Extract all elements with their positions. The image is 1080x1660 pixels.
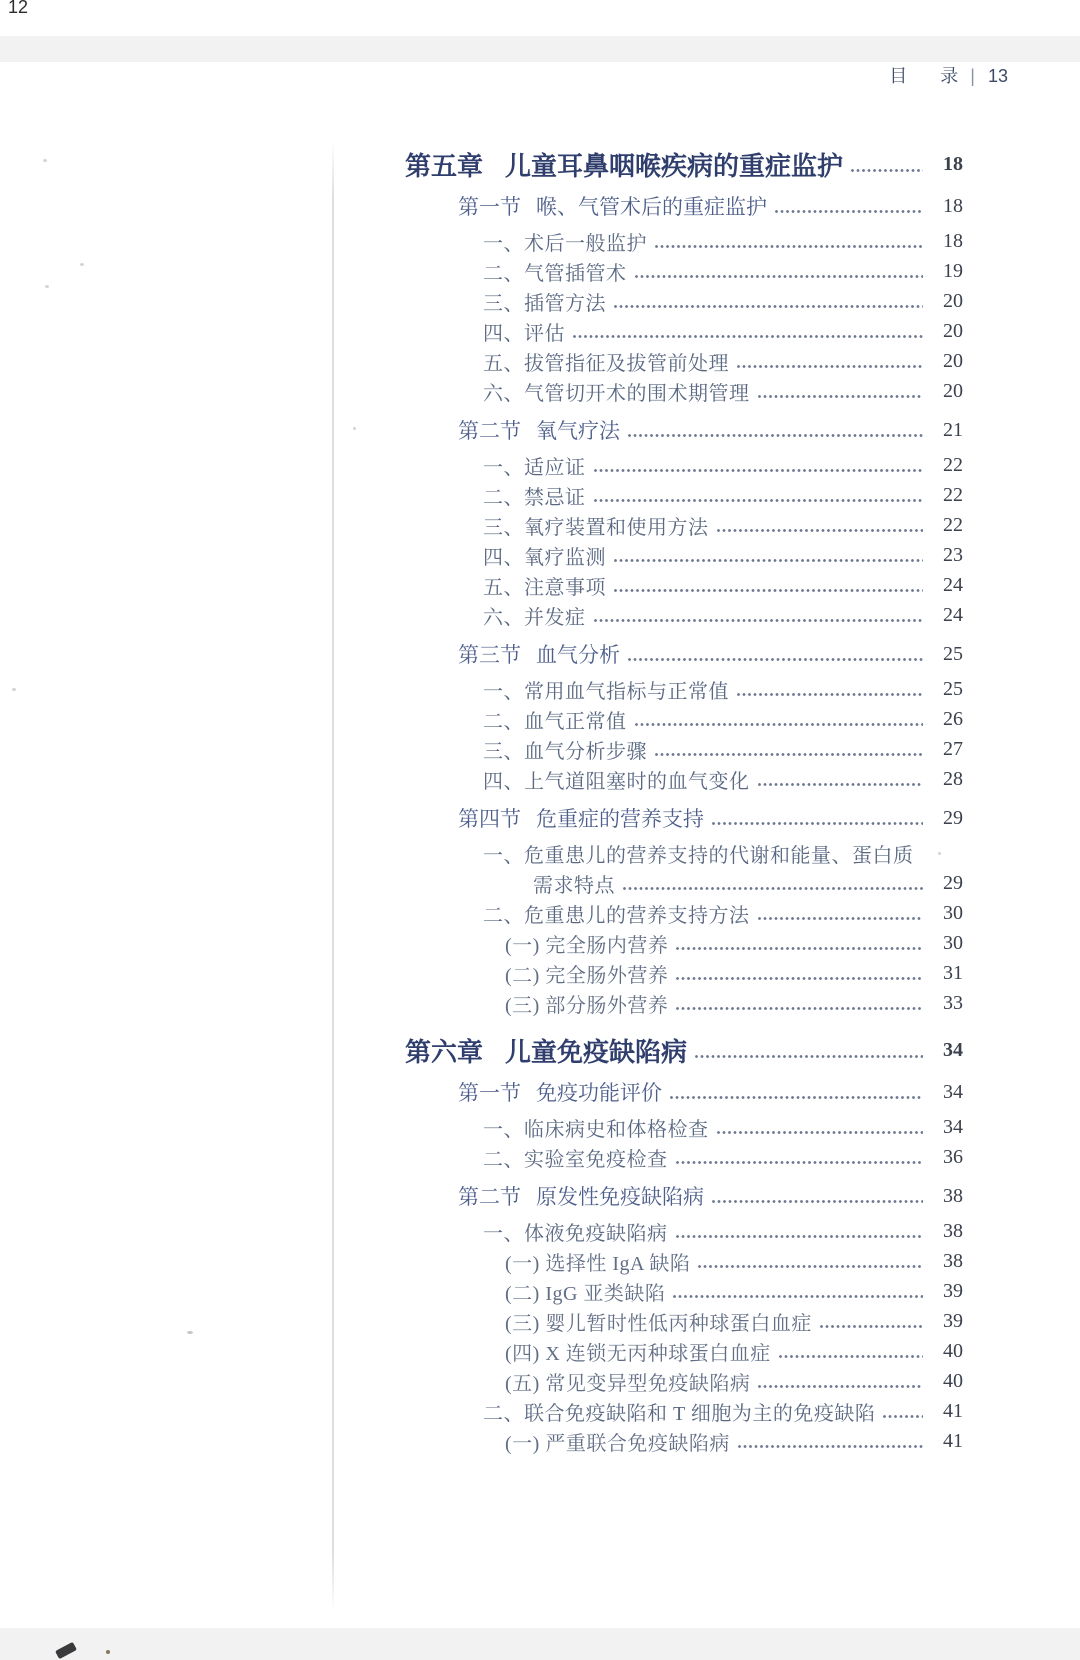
toc-entry-page-number: 18 (927, 195, 963, 218)
toc-entry-title: 二、危重患儿的营养支持方法 (483, 899, 750, 928)
toc-entry-page-number: 29 (927, 872, 963, 895)
toc-entry-page-number: 25 (927, 643, 963, 666)
toc-entry-title: 氧气疗法 (536, 415, 620, 445)
toc-entry-title: 四、氧疗监测 (483, 541, 606, 570)
toc-entry-label: 第二节 (458, 415, 521, 445)
toc-entry-page-number: 36 (927, 1146, 963, 1169)
toc-entry-page-number: 38 (927, 1220, 963, 1243)
toc-entry-item: 二、血气正常值26 (0, 704, 963, 734)
toc-entry-label: 第五章 (405, 146, 483, 183)
toc-entry-title: 一、危重患儿的营养支持的代谢和能量、蛋白质 (483, 839, 914, 868)
toc-entry-page-number: 24 (927, 574, 963, 597)
toc-entry-item2: (三) 婴儿暂时性低丙种球蛋白血症39 (0, 1306, 963, 1336)
scan-gutter-band-top (0, 36, 1080, 62)
toc-entry-title: 二、联合免疫缺陷和 T 细胞为主的免疫缺陷 (483, 1397, 875, 1426)
dot-leader (655, 753, 923, 756)
toc-entry-section: 第一节喉、气管术后的重症监护18 (0, 190, 963, 222)
page-header: 目 录 | 13 (889, 62, 1008, 88)
dot-leader (695, 1055, 923, 1058)
scan-gutter-band-bottom (0, 1628, 1080, 1660)
scanned-toc-page: 12 目 录 | 13 第五章儿童耳鼻咽喉疾病的重症监护18第一节喉、气管术后的… (0, 0, 1080, 1660)
toc-entry-item2: (一) 完全肠内营养30 (0, 928, 963, 958)
toc-entry-title: (一) 选择性 IgA 缺陷 (505, 1247, 690, 1276)
toc-entry-title: 免疫功能评价 (536, 1077, 662, 1107)
toc-entry-page-number: 18 (927, 230, 963, 253)
dot-leader (614, 559, 923, 562)
toc-entry-cont: 需求特点29 (0, 868, 963, 898)
toc-entry-page-number: 25 (927, 678, 963, 701)
toc-entry-page-number: 30 (927, 932, 963, 955)
toc-entry-item: 一、体液免疫缺陷病38 (0, 1216, 963, 1246)
dot-leader (820, 1325, 923, 1328)
toc-entry-chapter: 第六章儿童免疫缺陷病34 (0, 1032, 963, 1068)
toc-entry-page-number: 40 (927, 1370, 963, 1393)
dot-leader (758, 395, 924, 398)
toc-entry-item: 一、术后一般监护18 (0, 226, 963, 256)
dot-leader (594, 469, 924, 472)
toc-entry-label: 第三节 (458, 639, 521, 669)
toc-entry-section: 第三节血气分析25 (0, 638, 963, 670)
header-separator: | (970, 66, 975, 87)
dot-leader (676, 1007, 923, 1010)
dot-leader (712, 822, 923, 825)
dot-leader (758, 783, 924, 786)
dot-leader (635, 723, 924, 726)
toc-entry-item: 二、实验室免疫检查36 (0, 1142, 963, 1172)
toc-entry-page-number: 41 (927, 1400, 963, 1423)
toc-entry-item: 六、气管切开术的围术期管理20 (0, 376, 963, 406)
toc-entry-title: 三、血气分析步骤 (483, 735, 647, 764)
toc-entry-page-number: 39 (927, 1310, 963, 1333)
dot-leader (676, 977, 923, 980)
toc-entry-label: 第四节 (458, 803, 521, 833)
toc-entry-title: 三、插管方法 (483, 287, 606, 316)
dot-leader (775, 210, 923, 213)
toc-entry-title: 一、适应证 (483, 451, 586, 480)
toc-entry-page-number: 28 (927, 768, 963, 791)
toc-entry-title: 原发性免疫缺陷病 (536, 1181, 704, 1211)
toc-entry-item: 一、临床病史和体格检查34 (0, 1112, 963, 1142)
toc-entry-title: 一、术后一般监护 (483, 227, 647, 256)
toc-entry-label: 第六章 (405, 1032, 483, 1069)
toc-entry-page-number: 34 (927, 1039, 963, 1062)
toc-entry-title: 二、实验室免疫检查 (483, 1143, 668, 1172)
dot-leader (573, 335, 923, 338)
toc-entry-page-number: 34 (927, 1116, 963, 1139)
toc-entry-page-number: 22 (927, 454, 963, 477)
toc-entry-page-number: 18 (927, 153, 963, 176)
toc-entry-title: (三) 婴儿暂时性低丙种球蛋白血症 (505, 1307, 812, 1336)
dot-leader (758, 917, 924, 920)
toc-entry-page-number: 39 (927, 1280, 963, 1303)
toc-entry-item: 五、拔管指征及拔管前处理20 (0, 346, 963, 376)
toc-entry-title: 危重症的营养支持 (536, 803, 704, 833)
toc-entry-item: 六、并发症24 (0, 600, 963, 630)
toc-entry-page-number: 23 (927, 544, 963, 567)
toc-entry-item: 一、危重患儿的营养支持的代谢和能量、蛋白质 (0, 838, 963, 868)
toc-entry-title: 六、并发症 (483, 601, 586, 630)
toc-entry-title: 儿童免疫缺陷病 (505, 1032, 687, 1069)
toc-entry-page-number: 40 (927, 1340, 963, 1363)
toc-entry-title: (一) 完全肠内营养 (505, 929, 668, 958)
toc-entry-title: (一) 严重联合免疫缺陷病 (505, 1427, 730, 1456)
previous-page-number-artifact: 12 (8, 0, 28, 18)
toc-entry-page-number: 38 (927, 1250, 963, 1273)
toc-entry-title: 血气分析 (536, 639, 620, 669)
dot-leader (655, 245, 923, 248)
toc-entry-item2: (一) 选择性 IgA 缺陷38 (0, 1246, 963, 1276)
toc-entry-section: 第二节原发性免疫缺陷病38 (0, 1180, 963, 1212)
toc-entry-title: (二) 完全肠外营养 (505, 959, 668, 988)
toc-entry-title: 二、气管插管术 (483, 257, 627, 286)
toc-entry-item: 二、危重患儿的营养支持方法30 (0, 898, 963, 928)
toc-entry-item: 三、插管方法20 (0, 286, 963, 316)
toc-entry-item: 三、氧疗装置和使用方法22 (0, 510, 963, 540)
toc-entry-page-number: 20 (927, 320, 963, 343)
toc-entry-item: 一、常用血气指标与正常值25 (0, 674, 963, 704)
toc-entry-label: 第一节 (458, 191, 521, 221)
toc-entry-page-number: 41 (927, 1430, 963, 1453)
toc-entry-title: 需求特点 (533, 869, 615, 898)
header-title-char-mu: 目 (889, 62, 907, 88)
toc-entry-page-number: 20 (927, 290, 963, 313)
dot-leader (717, 529, 924, 532)
header-title-char-lu: 录 (940, 62, 958, 88)
dot-leader (673, 1295, 923, 1298)
dot-leader (698, 1265, 923, 1268)
toc-entry-item: 一、适应证22 (0, 450, 963, 480)
toc-entry-title: (三) 部分肠外营养 (505, 989, 668, 1018)
toc-entry-page-number: 29 (927, 807, 963, 830)
toc-entry-item2: (二) IgG 亚类缺陷39 (0, 1276, 963, 1306)
toc-entry-title: (四) X 连锁无丙种球蛋白血症 (505, 1337, 771, 1366)
toc-entry-page-number: 19 (927, 260, 963, 283)
toc-entry-item: 五、注意事项24 (0, 570, 963, 600)
dot-leader (717, 1131, 924, 1134)
dot-leader (851, 169, 923, 172)
toc-entry-page-number: 20 (927, 350, 963, 373)
dot-leader (670, 1096, 923, 1099)
toc-entry-title: 六、气管切开术的围术期管理 (483, 377, 750, 406)
toc-entry-section: 第一节免疫功能评价34 (0, 1076, 963, 1108)
toc-entry-section: 第二节氧气疗法21 (0, 414, 963, 446)
toc-entry-item2: (五) 常见变异型免疫缺陷病40 (0, 1366, 963, 1396)
toc-entry-item: 二、联合免疫缺陷和 T 细胞为主的免疫缺陷41 (0, 1396, 963, 1426)
toc-entry-title: (二) IgG 亚类缺陷 (505, 1277, 665, 1306)
toc-entry-title: 喉、气管术后的重症监护 (536, 191, 767, 221)
dot-leader (738, 1445, 923, 1448)
dot-leader (712, 1200, 923, 1203)
toc-entry-page-number: 31 (927, 962, 963, 985)
dot-leader (628, 658, 923, 661)
toc-entry-page-number: 24 (927, 604, 963, 627)
dot-leader (623, 887, 923, 890)
scan-speck (106, 1650, 110, 1654)
toc-entry-title: 四、评估 (483, 317, 565, 346)
toc-entry-title: 二、血气正常值 (483, 705, 627, 734)
toc-entry-title: 一、常用血气指标与正常值 (483, 675, 729, 704)
toc-entry-page-number: 20 (927, 380, 963, 403)
toc-entry-title: 五、拔管指征及拔管前处理 (483, 347, 729, 376)
toc-entry-item: 二、气管插管术19 (0, 256, 963, 286)
toc-entry-page-number: 22 (927, 484, 963, 507)
toc-entry-page-number: 30 (927, 902, 963, 925)
toc-entry-item: 四、评估20 (0, 316, 963, 346)
toc-entry-title: 四、上气道阻塞时的血气变化 (483, 765, 750, 794)
dot-leader (628, 434, 923, 437)
dot-leader (676, 1161, 924, 1164)
toc-entry-chapter: 第五章儿童耳鼻咽喉疾病的重症监护18 (0, 146, 963, 182)
dot-leader (594, 619, 924, 622)
dot-leader (676, 1235, 924, 1238)
dot-leader (594, 499, 924, 502)
toc-entry-section: 第四节危重症的营养支持29 (0, 802, 963, 834)
toc-entry-page-number: 27 (927, 738, 963, 761)
dot-leader (737, 365, 923, 368)
toc-entry-item: 三、血气分析步骤27 (0, 734, 963, 764)
toc-entry-page-number: 21 (927, 419, 963, 442)
toc-entry-page-number: 34 (927, 1081, 963, 1104)
dot-leader (779, 1355, 923, 1358)
toc-entry-page-number: 33 (927, 992, 963, 1015)
toc-entry-item: 四、上气道阻塞时的血气变化28 (0, 764, 963, 794)
dot-leader (676, 947, 923, 950)
toc-entry-label: 第一节 (458, 1077, 521, 1107)
toc-entry-title: 二、禁忌证 (483, 481, 586, 510)
toc-entry-title: (五) 常见变异型免疫缺陷病 (505, 1367, 750, 1396)
toc-entry-title: 一、体液免疫缺陷病 (483, 1217, 668, 1246)
toc-entry-title: 一、临床病史和体格检查 (483, 1113, 709, 1142)
toc-entry-label: 第二节 (458, 1181, 521, 1211)
table-of-contents: 第五章儿童耳鼻咽喉疾病的重症监护18第一节喉、气管术后的重症监护18一、术后一般… (0, 132, 963, 1456)
toc-entry-item2: (一) 严重联合免疫缺陷病41 (0, 1426, 963, 1456)
dot-leader (737, 693, 923, 696)
toc-entry-item2: (四) X 连锁无丙种球蛋白血症40 (0, 1336, 963, 1366)
toc-entry-page-number: 22 (927, 514, 963, 537)
toc-entry-item: 四、氧疗监测23 (0, 540, 963, 570)
dot-leader (883, 1415, 923, 1418)
toc-entry-item2: (二) 完全肠外营养31 (0, 958, 963, 988)
toc-entry-page-number: 26 (927, 708, 963, 731)
toc-entry-title: 三、氧疗装置和使用方法 (483, 511, 709, 540)
toc-entry-title: 儿童耳鼻咽喉疾病的重症监护 (505, 146, 843, 183)
toc-entry-item: 二、禁忌证22 (0, 480, 963, 510)
dot-leader (614, 305, 923, 308)
dot-leader (635, 275, 924, 278)
toc-entry-title: 五、注意事项 (483, 571, 606, 600)
toc-entry-item2: (三) 部分肠外营养33 (0, 988, 963, 1018)
dot-leader (758, 1385, 923, 1388)
dot-leader (614, 589, 923, 592)
toc-entry-page-number: 38 (927, 1185, 963, 1208)
header-page-number: 13 (988, 66, 1008, 87)
